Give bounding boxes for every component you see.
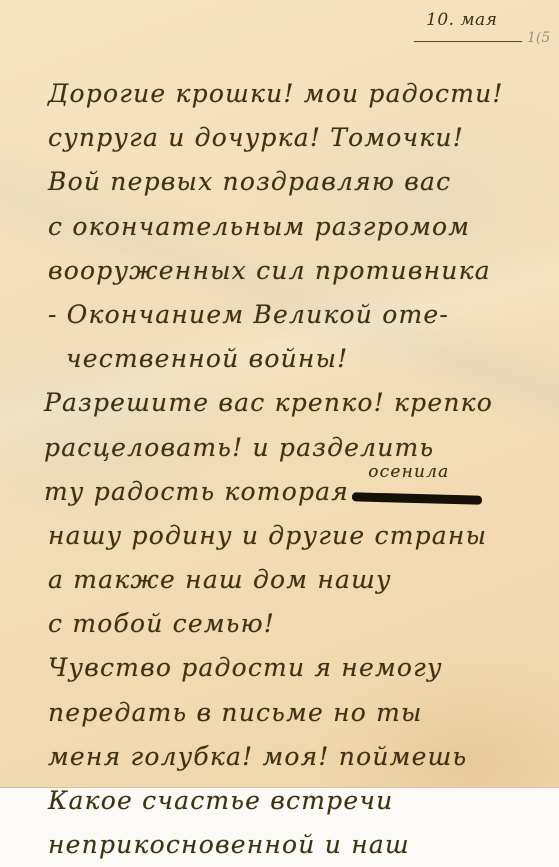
inserted-correction: осенила (368, 450, 449, 494)
letter-line: чественной войны! (48, 337, 548, 381)
letter-line: с окончательным разгромом (48, 205, 548, 249)
letter-line: а также наш дом нашу (48, 558, 548, 602)
letter-line: Разрешите вас крепко! крепко (44, 381, 548, 425)
letter-line: расцеловать! и разделить (44, 426, 548, 470)
letter-date: 10. мая (426, 10, 497, 30)
letter-line-with-correction: ту радость которая осенила осенила (44, 470, 548, 514)
letter-line: - Окончанием Великой оте- (48, 293, 548, 337)
letter-line: вооруженных сил противника (48, 249, 548, 293)
date-underline (414, 41, 522, 42)
letter-line: Вой первых поздравляю вас (48, 160, 548, 204)
letter-line: передать в письме но ты (48, 691, 548, 735)
ink-strikethrough (352, 493, 482, 505)
page-number-mark: 1(5 (527, 30, 550, 46)
letter-line: Дорогие крошки! мои радости! (48, 72, 548, 116)
letter-body: Дорогие крошки! мои радости! супруга и д… (48, 72, 548, 800)
letter-page: 10. мая 1(5 Дорогие крошки! мои радости!… (0, 0, 559, 788)
struck-out-word: осенила осенила (358, 470, 474, 514)
letter-line: нашу родину и другие страны (48, 514, 548, 558)
letter-line: супруга и дочурка! Томочки! (48, 116, 548, 160)
date-header: 10. мая 1(5 (414, 8, 539, 48)
letter-line: с тобой семью! (48, 602, 548, 646)
letter-line: Чувство радости я немогу (48, 646, 548, 690)
letter-line-text: ту радость которая (44, 477, 349, 506)
letter-line: Какое счастье встречи (48, 779, 548, 800)
letter-line: меня голубка! моя! поймешь (48, 735, 548, 779)
